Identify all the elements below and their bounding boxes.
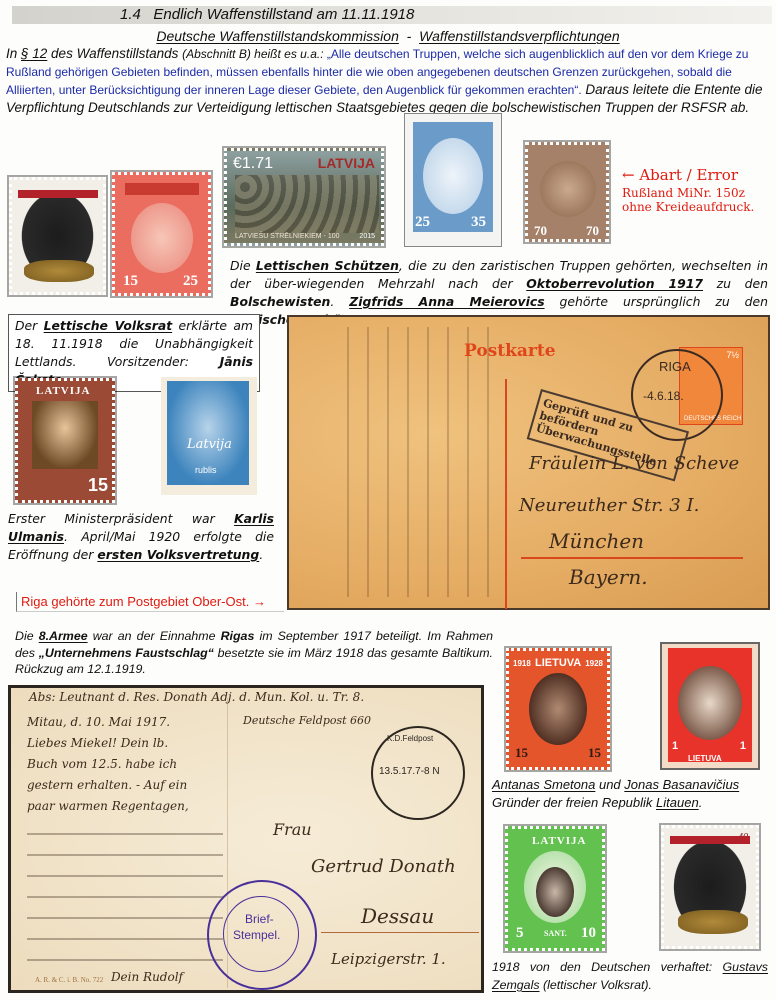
- stamp-value: 15: [588, 745, 601, 761]
- message-line: Buch vom 12.5. habe ich: [27, 754, 223, 775]
- caption-text: .: [330, 294, 349, 309]
- stamp-script: Latvija: [187, 437, 232, 452]
- stamp-value: 15: [515, 745, 528, 761]
- message-header: Abs: Leutnant d. Res. Donath Adj. d. Mun…: [29, 690, 364, 704]
- stamp-value: 1: [740, 740, 746, 752]
- error-note-line: Rußland MiNr. 150z: [622, 186, 774, 200]
- message-line: paar warmen Regentagen,: [27, 796, 223, 817]
- stamp-value: 70: [586, 223, 599, 239]
- message-line: gestern erhalten. - Auf ein: [27, 775, 223, 796]
- stamp-inner-text: Stempel.: [233, 928, 280, 942]
- stamp-latvian-riflemen: €1.71 LATVIJA LATVIEŠU STRĒLNIEKIEM - 10…: [224, 148, 384, 246]
- stamp-year: 1918: [513, 659, 531, 668]
- message-body: Mitau, d. 10. Mai 1917. Liebes Miekel! D…: [27, 712, 223, 987]
- message-sub: Deutsche Feldpost 660: [243, 714, 371, 727]
- caption-bold: „Unternehmens Faustschlag“: [39, 646, 214, 660]
- stamp-value: 7½: [726, 350, 739, 360]
- stamp-unit: rublis: [195, 465, 217, 475]
- caption-date: 18. 11.1918: [15, 336, 103, 351]
- zemgals-caption: 1918 von den Deutschen verhaftet: Gustav…: [492, 958, 768, 994]
- error-note-title: ← Abart / Error: [622, 166, 774, 184]
- link-lettische-schuetzen: Lettischen Schützen: [256, 258, 399, 273]
- caption-text: zu den: [703, 276, 768, 291]
- caption-text: war an der Einnahme: [88, 629, 221, 643]
- message-line: Liebes Miekel! Dein lb.: [27, 733, 223, 754]
- ulmanis-caption: Erster Ministerpräsident war Karlis Ulma…: [8, 510, 274, 564]
- caption-bold: Bolschewisten: [230, 294, 330, 309]
- intro-text: des Waffenstillstands: [47, 46, 182, 61]
- stamp-value: 1: [672, 740, 678, 752]
- caption-text: 1918 von den Deutschen verhaftet:: [492, 960, 723, 974]
- address-line: Neureuther Str. 3 I.: [519, 495, 699, 516]
- stamp-latvija-red: 15 25: [112, 172, 211, 296]
- caption-bold: Rigas: [221, 629, 255, 643]
- stamp-latvija-rublis: Latvija rublis: [161, 377, 257, 495]
- handwritten-message: [329, 327, 499, 597]
- stamp-karlis-ulmanis: LATVIJA 15: [15, 378, 115, 503]
- armee-caption: Die 8.Armee war an der Einnahme Rigas im…: [15, 628, 493, 678]
- caption-text: .: [259, 547, 263, 562]
- caption-text: (lettischer Volksrat).: [540, 978, 652, 992]
- stamp-lietuva-smetona: LIETUVA 1918 1928 15 15: [506, 648, 610, 770]
- feldpost-cancel: K.D.Feldpost 13.5.17.7-8 N: [371, 726, 465, 820]
- caption-text: Die: [230, 258, 256, 273]
- subtitle-right: Waffenstillstandsverpflichtungen: [419, 28, 620, 44]
- caption-text: gehörte ursprünglich zu den: [545, 294, 768, 309]
- address-line: Fräulein L. von Scheve: [529, 453, 739, 474]
- briefstempel: Brief- Stempel.: [207, 880, 317, 990]
- stamp-legend: LATVIEŠU STRĒLNIEKIEM - 100: [235, 233, 340, 240]
- stamp-volksrat-commemorative: [9, 177, 106, 295]
- stamp-country: LATVIJA: [36, 385, 90, 397]
- printer-mark: A. R. & C. i. B. No. 722: [35, 976, 103, 984]
- stamp-value: 35: [471, 214, 486, 231]
- stamp-latvija-zemgals: LATVIJA 5 SANT. 10: [505, 826, 605, 951]
- link-lettische-volksrat: Lettische Volksrat: [44, 318, 173, 333]
- stamp-value: 25: [415, 214, 430, 231]
- link-oktoberrevolution: Oktoberrevolution 1917: [526, 276, 703, 291]
- address-line: Leipzigerstr. 1.: [331, 950, 446, 968]
- intro-text: (Abschnitt B): [182, 47, 251, 61]
- stamp-unit: SANT.: [544, 929, 567, 938]
- caption-text: und: [595, 777, 624, 792]
- link-litauen: Litauen: [656, 795, 699, 810]
- link-8-armee: 8.Armee: [39, 629, 88, 643]
- lietuva-caption: Antanas Smetona und Jonas Basanavičius G…: [492, 776, 770, 812]
- postcard-riga: Postkarte 7½ DEUTSCHES REICH RIGA -4.6.1…: [287, 315, 770, 610]
- stamp-value: 10: [581, 925, 596, 942]
- intro-text: heißt es u.a.:: [251, 47, 327, 61]
- section-header: 1.4 Endlich Waffenstillstand am 11.11.19…: [12, 6, 772, 24]
- section-title: 1.4 Endlich Waffenstillstand am 11.11.19…: [120, 6, 414, 23]
- stamp-country: LATVIJA: [532, 835, 586, 847]
- address-line: München: [549, 529, 644, 553]
- stamp-value: 70: [534, 223, 547, 239]
- stamp-value: 25: [183, 273, 198, 290]
- stamp-russia-70kop: 70 70: [525, 142, 609, 242]
- riga-note: Riga gehörte zum Postgebiet Ober-Ost. →: [16, 592, 284, 612]
- stamp-year: 1928: [585, 659, 603, 668]
- stamp-value: 15: [88, 475, 108, 496]
- caption-text: erklärte am: [172, 318, 253, 333]
- link-ersten-volksvertretung: ersten Volksvertretung: [97, 547, 259, 562]
- postcard-title: Postkarte: [464, 341, 556, 361]
- message-line: Mitau, d. 10. Mai 1917.: [27, 712, 223, 733]
- stamp-lietuva-basanavicius: LIETUVA 1 1: [660, 642, 760, 770]
- address-line: Bayern.: [569, 565, 648, 589]
- error-note: ← Abart / Error Rußland MiNr. 150z ohne …: [622, 166, 774, 214]
- address-line: Gertrud Donath: [311, 856, 456, 877]
- caption-text: Gründer der freien Republik: [492, 795, 656, 810]
- paragraph-ref: § 12: [21, 46, 47, 61]
- stamp-price: €1.71: [233, 155, 273, 173]
- stamp-country: LIETUVA: [688, 754, 722, 763]
- error-note-line: ohne Kreideaufdruck.: [622, 200, 774, 214]
- cancel-date: 13.5.17.7-8 N: [379, 766, 440, 777]
- link-smetona: Antanas Smetona: [492, 777, 595, 792]
- stamp-value: 15: [123, 273, 138, 290]
- cancel-date: -4.6.18.: [643, 389, 684, 403]
- caption-text: Die: [15, 629, 39, 643]
- caption-text: .: [699, 795, 703, 810]
- stamp-year: 2015: [359, 233, 375, 240]
- intro-text: In: [6, 46, 21, 61]
- address-line: Dessau: [361, 904, 434, 928]
- caption-text: Erster Ministerpräsident war: [8, 511, 234, 526]
- subtitle-separator: -: [407, 28, 412, 44]
- stamp-volksrat-40: 40: [661, 825, 759, 949]
- address-line: Frau: [273, 820, 312, 839]
- caption-text: Der: [15, 318, 44, 333]
- link-meierovics: Zigfrīds Anna Meierovics: [349, 294, 544, 309]
- stamp-latvija-blue-proof: 25 35: [404, 113, 502, 247]
- stamp-country: LATVIJA: [318, 155, 375, 171]
- cancel-city: RIGA: [659, 359, 691, 374]
- link-basanavicius: Jonas Basanavičius: [624, 777, 739, 792]
- intro-paragraph: In § 12 des Waffenstillstands (Abschnitt…: [6, 45, 770, 117]
- postcard-feldpost: Abs: Leutnant d. Res. Donath Adj. d. Mun…: [8, 685, 484, 993]
- stamp-value: 5: [516, 925, 524, 942]
- stamp-inner-text: Brief-: [245, 912, 274, 926]
- subtitle-left: Deutsche Waffenstillstandskommission: [156, 28, 399, 44]
- cancel-label: K.D.Feldpost: [387, 734, 433, 743]
- page-subtitle: Deutsche Waffenstillstandskommission - W…: [0, 28, 776, 44]
- stamp-country: LIETUVA: [535, 657, 581, 669]
